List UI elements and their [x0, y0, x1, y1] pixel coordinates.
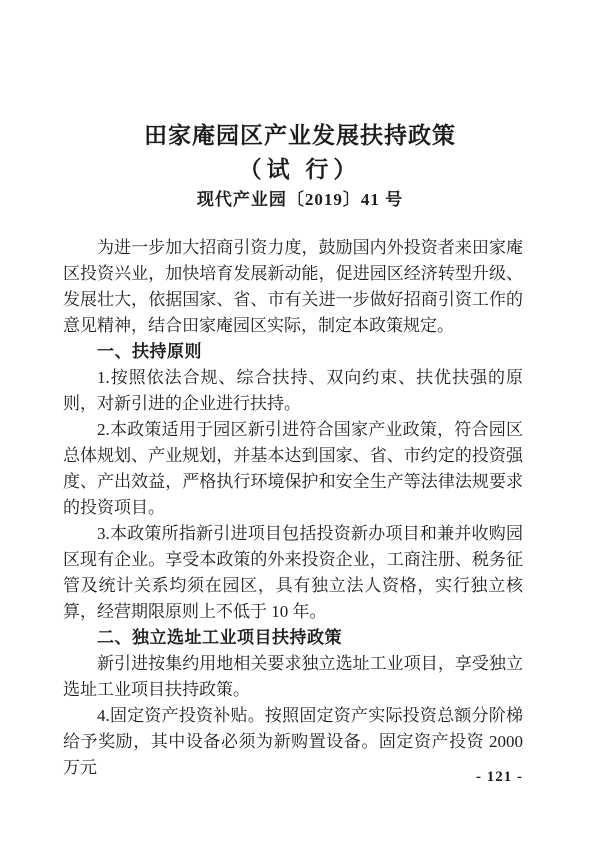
document-subtitle: （试 行）	[0, 153, 600, 186]
section-heading-2: 二、独立选址工业项目扶持政策	[63, 625, 523, 651]
paragraph-item-4: 4.固定资产投资补贴。按照固定资产实际投资总额分阶梯给予奖励，其中设备必须为新购…	[63, 703, 523, 781]
paragraph-item-1: 1.按照依法合规、综合扶持、双向约束、扶优扶强的原则，对新引进的企业进行扶持。	[63, 365, 523, 417]
document-number: 现代产业园〔2019〕41 号	[0, 188, 600, 212]
paragraph-item-3: 3.本政策所指新引进项目包括投资新办项目和兼并收购园区现有企业。享受本政策的外来…	[63, 521, 523, 625]
section-heading-1: 一、扶持原则	[63, 339, 523, 365]
paragraph-item-2: 2.本政策适用于园区新引进符合国家产业政策，符合园区总体规划、产业规划，并基本达…	[63, 417, 523, 521]
page-number: - 121 -	[476, 767, 523, 787]
document-page: 田家庵园区产业发展扶持政策 （试 行） 现代产业园〔2019〕41 号 为进一步…	[0, 0, 600, 847]
paragraph-intro: 为进一步加大招商引资力度，鼓励国内外投资者来田家庵区投资兴业，加快培育发展新动能…	[63, 235, 523, 339]
title-block: 田家庵园区产业发展扶持政策 （试 行） 现代产业园〔2019〕41 号	[0, 119, 600, 212]
document-title: 田家庵园区产业发展扶持政策	[0, 119, 600, 153]
paragraph-section2-intro: 新引进按集约用地相关要求独立选址工业项目，享受独立选址工业项目扶持政策。	[63, 651, 523, 703]
document-body: 为进一步加大招商引资力度，鼓励国内外投资者来田家庵区投资兴业，加快培育发展新动能…	[63, 235, 523, 781]
